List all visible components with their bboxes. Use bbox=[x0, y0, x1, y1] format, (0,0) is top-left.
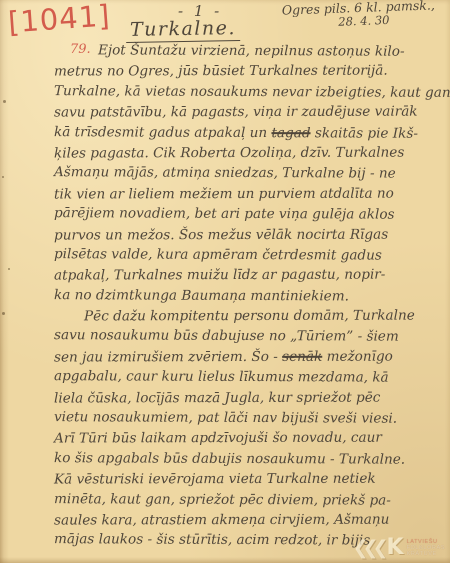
handwritten-line: savu nosaukumu būs dabujuse no „Tūriem” … bbox=[54, 326, 446, 348]
archive-number-stamp: [1041] bbox=[7, 0, 109, 39]
handwritten-line: Pēc dažu kompitentu personu domām, Turka… bbox=[54, 306, 446, 327]
manuscript-page: [1041] - 1 - Ogres pils. 6 kl. pamsk., 2… bbox=[0, 0, 450, 563]
handwritten-line: atpakaļ, Turkalnes muižu līdz ar pagastu… bbox=[54, 265, 446, 286]
handwritten-line-with-strikethrough: sen jau izmirušiem zvēriem. Šo - senāk m… bbox=[54, 346, 446, 367]
line-segment: kā trīsdesmit gadus atpakaļ un bbox=[54, 124, 272, 141]
paper-speck bbox=[3, 100, 6, 103]
paper-speck bbox=[2, 312, 5, 315]
line-segment: sen jau izmirušiem zvēriem. Šo - bbox=[54, 349, 282, 366]
handwritten-line: pārējiem novadiem, bet ari pate viņa gul… bbox=[54, 203, 446, 225]
folklore-archive-watermark: ❮❮❮ K LATVIEŠU FOLKLORAS KRĀTUVE bbox=[353, 535, 448, 560]
watermark-org-line: KRĀTUVE bbox=[407, 551, 445, 557]
chevrons-icon: ❮❮❮ bbox=[353, 537, 383, 559]
handwritten-line: Ašmaņu mājās, atmiņa sniedzas, Turkalne … bbox=[54, 162, 446, 184]
handwritten-line: metrus no Ogres, jūs būsiet Turkalnes te… bbox=[54, 61, 446, 82]
handwritten-line: Kā vēsturiski ievērojama vieta Turkalne … bbox=[54, 469, 446, 490]
handwritten-line: tik vien ar lieliem mežiem un purviem at… bbox=[54, 183, 446, 204]
handwritten-line: ka no dzimtkunga Baumaņa mantiniekiem. bbox=[54, 285, 446, 307]
header-date: 28. 4. 30 bbox=[338, 11, 435, 28]
handwritten-line: pilsētas valde, kura apmēram četrdesmit … bbox=[54, 244, 446, 266]
handwritten-line: Ejot Šuntažu virzienā, nepilnus astoņus … bbox=[54, 40, 446, 62]
manuscript-body: Ejot Šuntažu virzienā, nepilnus astoņus … bbox=[54, 41, 446, 551]
k-logo-icon: K bbox=[387, 535, 404, 560]
handwritten-line-with-strikethrough: kā trīsdesmit gadus atpakaļ un tagad ska… bbox=[54, 122, 446, 144]
handwritten-line: saules kara, atrastiem akmeņa cirvjiem, … bbox=[54, 509, 446, 530]
handwritten-line: Arī Tūri būs laikam apdzīvojuši šo novad… bbox=[54, 428, 446, 449]
struck-word: tagad bbox=[271, 125, 310, 141]
line-segment: mežonīgo bbox=[322, 348, 393, 364]
handwritten-line: ķiles pagasta. Cik Roberta Ozoliņa, dzīv… bbox=[54, 142, 446, 163]
handwritten-line: Turkalne, kā vietas nosaukums nevar izbe… bbox=[54, 81, 446, 103]
paper-speck bbox=[2, 176, 4, 178]
handwritten-line: ko šis apgabals būs dabujis nosaukumu - … bbox=[54, 448, 446, 470]
watermark-text: LATVIEŠU FOLKLORAS KRĀTUVE bbox=[407, 539, 448, 557]
handwritten-line: savu patstāvību, kā pagasts, viņa ir zau… bbox=[54, 102, 446, 123]
page-title: Turkalne. bbox=[126, 17, 240, 43]
struck-word: senāk bbox=[282, 349, 322, 365]
handwritten-line: minēta, kaut gan, spriežot pēc diviem, p… bbox=[54, 489, 446, 511]
handwritten-line: apgabalu, caur kuru lielus līkumus mezda… bbox=[54, 366, 446, 388]
header-annotation: Ogres pils. 6 kl. pamsk., 28. 4. 30 bbox=[282, 0, 436, 31]
handwritten-line: liela čūska, locījās mazā Jugla, kur spr… bbox=[54, 387, 446, 408]
paper-speck bbox=[8, 268, 10, 270]
handwritten-line: purvos un mežos. Šos mežus vēlāk nocirta… bbox=[54, 224, 446, 245]
line-segment: skaitās pie Ikš- bbox=[311, 125, 419, 141]
handwritten-line: vietu nosaukumiem, pat lāči nav bijuši s… bbox=[54, 407, 446, 429]
